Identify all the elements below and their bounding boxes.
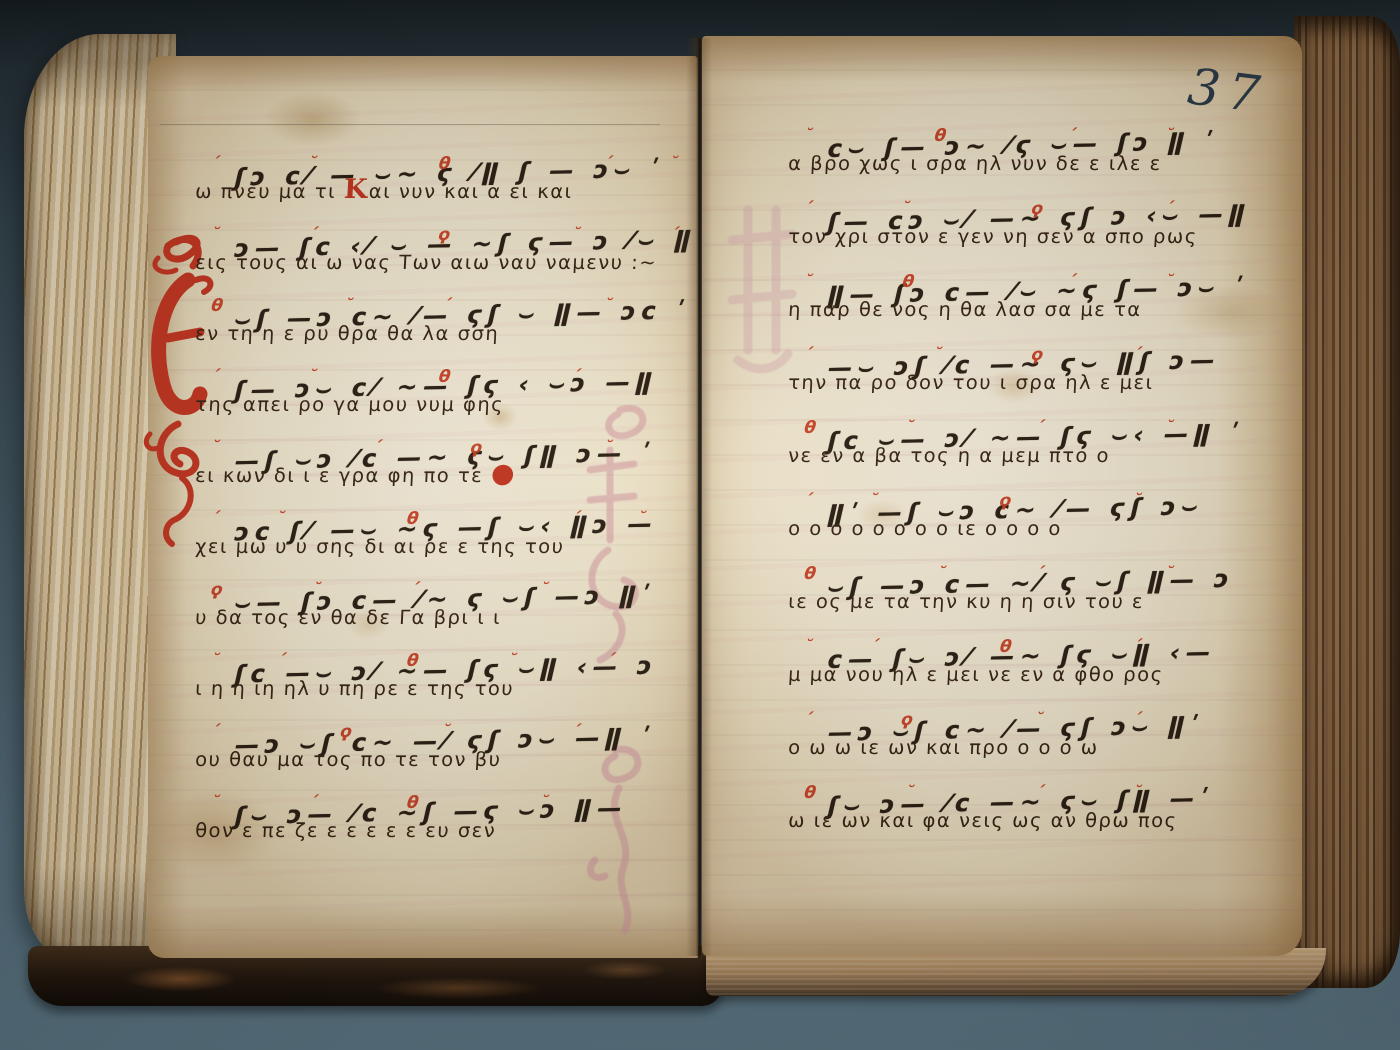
chant-system: —ͻ ⌣ʃ ϲ∼ —⁄ ϛʃ ͻ⌣ —ǁ ʹ ΄ ϙ ˘ ΄ ου θαυ μα… (195, 708, 660, 779)
lyric-text: ι η η ιη ηλ υ πη ρε ε της του (195, 677, 515, 700)
lyric-text: α βρο χως ι σρα ηλ νυν δε ε ιλε ε (788, 152, 1163, 175)
neume-accents-red: ˘ ΄ θ ˘ (208, 793, 577, 813)
lyric-text: ο ο ο ο ο ο ο ο ιε ο ο ο ο (788, 517, 1063, 540)
rubricated-initial: Κ (343, 174, 370, 205)
chant-system: —ʃ ⌣ͻ ⁄ϲ —∼ ϛ⌣ ʃǁ ͻ— ʹ ˘ ΄ ϙ ˘ ει κων δι… (195, 424, 660, 495)
lyric-text-continued: αι νυν και α ει και (368, 180, 573, 203)
neume-row: ⌣— ʃͻ ϲ— ⁄∼ ϛ ⌣ʃ —ͻ ǁʹ ϙ ˘ ΄ ˘ (195, 566, 660, 606)
book-gutter (686, 38, 712, 956)
neume-row: ʃ— ϲͻ ⌣⁄ —∼ ϛʃ ͻ ‹⌣ —ǁ ΄ ˘ ϙ ΄ (788, 185, 1273, 225)
neume-row: —ͻ ⌣ʃ ϲ∼ —⁄ ϛʃ ͻ⌣ —ǁ ʹ ΄ ϙ ˘ ΄ (195, 708, 660, 748)
lyric-text: ου θαυ μα τος πο τε τον βυ (195, 748, 503, 771)
chant-system: ͻ— ʃϲ ‹⁄ ⌣ — ∼ʃ ϛ— ͻ ⁄⌣ ǁ ˘ ΄ ϙ ˘ ΄ εις … (195, 211, 660, 282)
lyric-row: τον χρι στον ε γεν νη σεν α σπο ρως (787, 225, 1274, 255)
neume-accents-red: ΄ ˘ θ ΄ (208, 367, 608, 387)
chant-text-right-page: ϲ⌣ ʃ— ͻ∼ ⁄ϛ ⌣— ʃͻ ǁ ʹ ˘ θ ΄ ˘ α βρο χως … (788, 112, 1273, 842)
neume-accents-red: θ ˘ ΄ ˘ (801, 564, 1202, 584)
lyric-row: ου θαυ μα τος πο τε τον βυ (194, 748, 661, 778)
lyric-text: τον χρι στον ε γεν νη σεν α σπο ρως (788, 225, 1199, 248)
lyric-row: υ δα τος εν θα δε Γα βρι ι ι (194, 606, 661, 636)
lyric-row: ο ο ο ο ο ο ο ο ιε ο ο ο ο (787, 517, 1274, 547)
neume-row: ʃϲ —⌣ ͻ⁄ ∼— ʃϛ ⌣ǁ ‹— ͻ ˘ ΄ θ ˘ ΄ (195, 637, 660, 677)
neume-accents-red: ˘ ΄ θ ˘ ΄ (208, 651, 643, 671)
lyric-text: ο ω ω ιε ων και προ ο ο ο ω (788, 736, 1100, 759)
lyric-row: ο ω ω ιε ων και προ ο ο ο ω (787, 736, 1274, 766)
chant-system: ʃ— ϲͻ ⌣⁄ —∼ ϛʃ ͻ ‹⌣ —ǁ ΄ ˘ ϙ ΄ τον χρι σ… (788, 185, 1273, 258)
lyric-row: α βρο χως ι σρα ηλ νυν δε ε ιλε ε (787, 152, 1274, 182)
neume-accents-red: ˘ θ ΄ ˘ (801, 272, 1202, 292)
neume-accents-red: ˘ ΄ θ ΄ (801, 637, 1169, 657)
lyric-text: ιε ος με τα την κυ η η σιν του ε (788, 590, 1145, 613)
neume-accents-red: ΄ ˘ θ ΄ ˘ (208, 509, 675, 529)
neume-row: ⌣ʃ —ͻ ϲ∼ ⁄— ϛʃ ⌣ ǁ— ͻϲ ʹ θ ˘ ΄ ˘ (195, 282, 660, 322)
lyric-row: εν τη η ε ρυ θρα θα λα σση (194, 322, 661, 352)
lyric-row: ιε ος με τα την κυ η η σιν του ε (787, 590, 1274, 620)
gutter-crease-line (699, 38, 701, 956)
lyric-text: ω ιε ων και φα νεις ως αν θρω πος (788, 809, 1179, 832)
neume-row: ͻϲ ʃ⁄ —⌣ ∼ϛ —ʃ ⌣‹ ǁͻ — ΄ ˘ θ ΄ ˘ (195, 495, 660, 535)
chant-system: ʃϲ —⌣ ͻ⁄ ∼— ʃϛ ⌣ǁ ‹— ͻ ˘ ΄ θ ˘ ΄ ι η η ι… (195, 637, 660, 708)
chant-system: ⌣ʃ —ͻ ϲ— ∼⁄ ϛ ⌣ʃ ǁ— ͻ θ ˘ ΄ ˘ ιε ος με τ… (788, 550, 1273, 623)
neume-accents-red: θ ˘ ΄ ˘ (208, 296, 641, 316)
lyric-text: χει μω υ υ σης δι αι ρε ε της του (195, 535, 566, 558)
neume-row: ǁʹ —ʃ ⌣ͻ ϲ∼ ⁄— ϛʃ ͻ⌣ ΄ ˘ ϙ ˘ (788, 477, 1273, 517)
chant-system: ʃ⌣ ͻ— ⁄ϲ ∼ʃ —ϛ ⌣ͻ ǁ— ˘ ΄ θ ˘ θον ε πε ζε… (195, 779, 660, 850)
lyric-text: της απει ρο γα μου νυμ φης (195, 393, 505, 416)
manuscript-photo: 37 ʃͻ ϲ⁄ — ⌣∼ ϛ ⁄ǁ ʃ — ͻ⌣ ʹ ΄ ˘ θ ΄ ˘ ω … (0, 0, 1400, 1050)
neume-row: ͻ— ʃϲ ‹⁄ ⌣ — ∼ʃ ϛ— ͻ ⁄⌣ ǁ ˘ ΄ ϙ ˘ ΄ (195, 211, 660, 251)
neume-row: ʃϲ ⌣— ͻ⁄ ∼— ʃϛ ⌣‹ —ǁ ʹ θ ˘ ΄ ˘ (788, 404, 1273, 444)
fore-edge-right (1294, 16, 1400, 988)
chant-system: ǁ— ʃͻ ϲ— ⁄⌣ ∼ϛ ʃ— ͻ⌣ ʹ ˘ θ ΄ ˘ η παρ θε … (788, 258, 1273, 331)
neume-accents-red: ΄ ˘ θ ΄ ˘ (208, 154, 707, 174)
neume-accents-red: ΄ ˘ ϙ ΄ (801, 345, 1169, 365)
neume-accents-red: ˘ ΄ ϙ ˘ ΄ (208, 225, 707, 245)
chant-system: ⌣ʃ —ͻ ϲ∼ ⁄— ϛʃ ⌣ ǁ— ͻϲ ʹ θ ˘ ΄ ˘ εν τη η… (195, 282, 660, 353)
chant-text-left-page: ʃͻ ϲ⁄ — ⌣∼ ϛ ⁄ǁ ʃ — ͻ⌣ ʹ ΄ ˘ θ ΄ ˘ ω πνε… (195, 140, 660, 850)
lyric-row: θον ε πε ζε ε ε ε ε ε ευ σεν (194, 819, 661, 849)
neume-accents-red: θ ˘ ΄ ˘ (801, 418, 1202, 438)
chant-system: ϲ— ʃ⌣ ͻ⁄ —∼ ʃϛ ⌣ǁ ‹— ˘ ΄ θ ΄ μ μα νου ηλ… (788, 623, 1273, 696)
lyric-text: η παρ θε νος η θα λασ σα με τα (788, 298, 1143, 321)
chant-system: ͻϲ ʃ⁄ —⌣ ∼ϛ —ʃ ⌣‹ ǁͻ — ΄ ˘ θ ΄ ˘ χει μω … (195, 495, 660, 566)
neume-accents-red: ˘ θ ΄ ˘ (801, 126, 1202, 146)
neume-row: ϲ— ʃ⌣ ͻ⁄ —∼ ʃϛ ⌣ǁ ‹— ˘ ΄ θ ΄ (788, 623, 1273, 663)
lyric-row: της απει ρο γα μου νυμ φης (194, 393, 661, 423)
lyric-text: εις τους αι ω νας Των αιω ναυ ναμενυ :~ (195, 251, 658, 274)
neume-row: ⌣ʃ —ͻ ϲ— ∼⁄ ϛ ⌣ʃ ǁ— ͻ θ ˘ ΄ ˘ (788, 550, 1273, 590)
neume-accents-red: ˘ ΄ ϙ ˘ (208, 438, 641, 458)
chant-system: ⌣— ʃͻ ϲ— ⁄∼ ϛ ⌣ʃ —ͻ ǁʹ ϙ ˘ ΄ ˘ υ δα τος … (195, 566, 660, 637)
lyric-text: την πα ρο δον του ι σρα ηλ ε μει (788, 371, 1155, 394)
lyric-text: θον ε πε ζε ε ε ε ε ε ευ σεν (195, 819, 497, 842)
lyric-row: ι η η ιη ηλ υ πη ρε ε της του (194, 677, 661, 707)
lyric-text: μ μα νου ηλ ε μει νε εν α φθο ρος (788, 663, 1165, 686)
chant-system: ʃϲ ⌣— ͻ⁄ ∼— ʃϛ ⌣‹ —ǁ ʹ θ ˘ ΄ ˘ νε εν α β… (788, 404, 1273, 477)
neume-row: —⌣ ͻʃ ⁄ϲ —∼ ϛ⌣ ǁʃ ͻ— ΄ ˘ ϙ ΄ (788, 331, 1273, 371)
chant-system: —ͻ ⌣ʃ ϲ∼ ⁄— ϛʃ ͻ⌣ ǁʹ ΄ ϙ ˘ ΄ ο ω ω ιε ων… (788, 696, 1273, 769)
neume-row: —ʃ ⌣ͻ ⁄ϲ —∼ ϛ⌣ ʃǁ ͻ— ʹ ˘ ΄ ϙ ˘ (195, 424, 660, 464)
chant-system: ϲ⌣ ʃ— ͻ∼ ⁄ϛ ⌣— ʃͻ ǁ ʹ ˘ θ ΄ ˘ α βρο χως … (788, 112, 1273, 185)
chant-system: ʃ⌣ ͻ— ⁄ϲ —∼ ϛ⌣ ʃǁ —ʹ θ ˘ ΄ ˘ ω ιε ων και… (788, 769, 1273, 842)
chant-system: —⌣ ͻʃ ⁄ϲ —∼ ϛ⌣ ǁʃ ͻ— ΄ ˘ ϙ ΄ την πα ρο δ… (788, 331, 1273, 404)
chant-system: ʃͻ ϲ⁄ — ⌣∼ ϛ ⁄ǁ ʃ — ͻ⌣ ʹ ΄ ˘ θ ΄ ˘ ω πνε… (195, 140, 660, 211)
chant-system: ǁʹ —ʃ ⌣ͻ ϲ∼ ⁄— ϛʃ ͻ⌣ ΄ ˘ ϙ ˘ ο ο ο ο ο ο… (788, 477, 1273, 550)
chant-system: ʃ— ͻ⌣ ϲ⁄ ∼— ʃϛ ‹ ⌣ͻ —ǁ ΄ ˘ θ ΄ της απει … (195, 353, 660, 424)
neume-row: ʃ⌣ ͻ— ⁄ϲ —∼ ϛ⌣ ʃǁ —ʹ θ ˘ ΄ ˘ (788, 769, 1273, 809)
neume-row: ǁ— ʃͻ ϲ— ⁄⌣ ∼ϛ ʃ— ͻ⌣ ʹ ˘ θ ΄ ˘ (788, 258, 1273, 298)
neume-accents-red: θ ˘ ΄ ˘ (801, 783, 1170, 803)
lyric-row: χει μω υ υ σης δι αι ρε ε της του (194, 535, 661, 565)
neume-row: ʃ⌣ ͻ— ⁄ϲ ∼ʃ —ϛ ⌣ͻ ǁ— ˘ ΄ θ ˘ (195, 779, 660, 819)
lyric-row: ει κων δι ι ε γρα φη πο τε ● (194, 464, 661, 494)
lyric-text: εν τη η ε ρυ θρα θα λα σση (195, 322, 500, 345)
lyric-row: την πα ρο δον του ι σρα ηλ ε μει (787, 371, 1274, 401)
lyric-row: η παρ θε νος η θα λασ σα με τα (787, 298, 1274, 328)
neume-row: ϲ⌣ ʃ— ͻ∼ ⁄ϛ ⌣— ʃͻ ǁ ʹ ˘ θ ΄ ˘ (788, 112, 1273, 152)
lyric-row: νε εν α βα τος η α μεμ πτο ο (787, 444, 1274, 474)
ruled-guide-line (160, 124, 660, 125)
neume-accents-red: ϙ ˘ ΄ ˘ (208, 580, 577, 600)
lyric-text: νε εν α βα τος η α μεμ πτο ο (788, 444, 1111, 467)
lyric-row: μ μα νου ηλ ε μει νε εν α φθο ρος (787, 663, 1274, 693)
neume-accents-red: ΄ ϙ ˘ ΄ (801, 710, 1169, 730)
neume-row: ʃͻ ϲ⁄ — ⌣∼ ϛ ⁄ǁ ʃ — ͻ⌣ ʹ ΄ ˘ θ ΄ ˘ (195, 140, 660, 180)
lyric-text: υ δα τος εν θα δε Γα βρι ι ι (195, 606, 502, 629)
lyric-row: εις τους αι ω νας Των αιω ναυ ναμενυ :~ (194, 251, 661, 281)
neume-row: —ͻ ⌣ʃ ϲ∼ ⁄— ϛʃ ͻ⌣ ǁʹ ΄ ϙ ˘ ΄ (788, 696, 1273, 736)
neume-accents-red: ΄ ˘ ϙ ΄ (801, 199, 1201, 219)
lyric-text: ει κων δι ι ε γρα φη πο τε (195, 464, 492, 487)
lyric-row: ω πνευ μα τι Και νυν και α ει και (194, 180, 661, 210)
lyric-text: ω πνευ μα τι (195, 180, 345, 203)
lyric-row: ω ιε ων και φα νεις ως αν θρω πος (787, 809, 1274, 839)
neume-row: ʃ— ͻ⌣ ϲ⁄ ∼— ʃϛ ‹ ⌣ͻ —ǁ ΄ ˘ θ ΄ (195, 353, 660, 393)
neume-accents-red: ΄ ˘ ϙ ˘ (801, 491, 1170, 511)
neume-accents-red: ΄ ϙ ˘ ΄ (208, 722, 608, 742)
rubricated-initial: ● (490, 458, 517, 489)
